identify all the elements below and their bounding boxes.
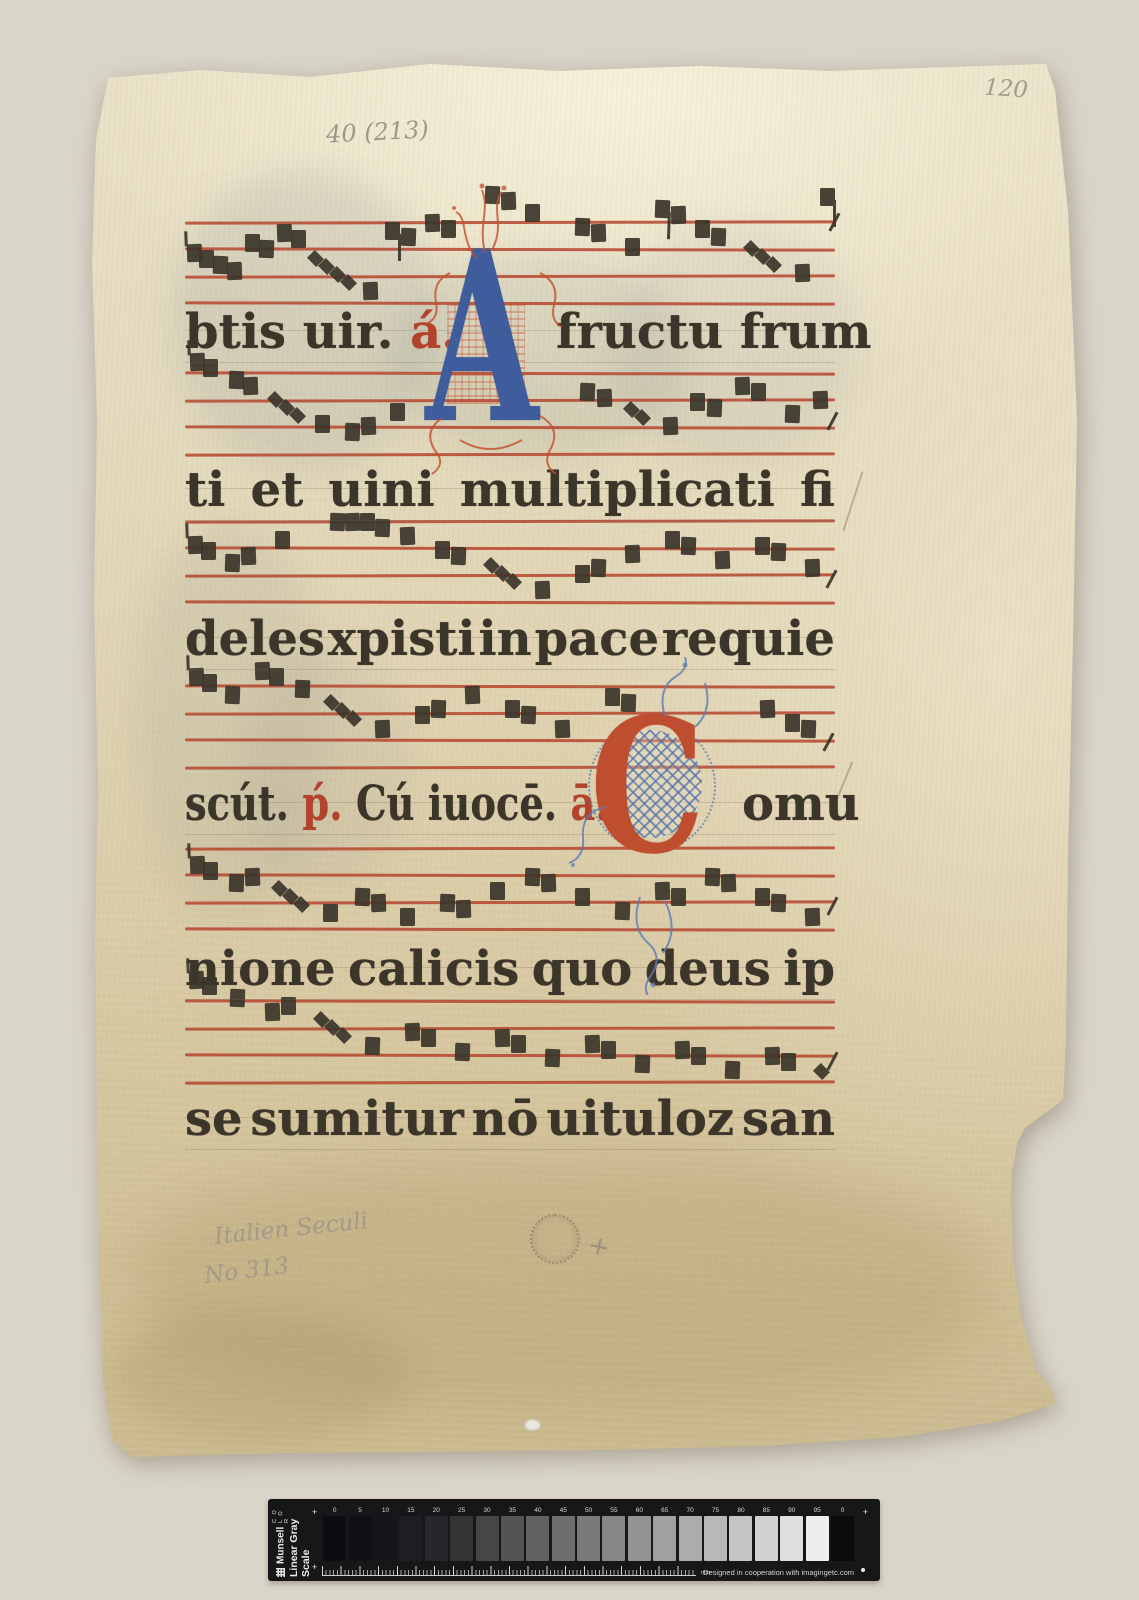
gray-patch-swatch bbox=[399, 1516, 422, 1561]
neume-note bbox=[760, 700, 776, 719]
neume-note bbox=[665, 531, 680, 549]
gray-patch-column: 70 bbox=[677, 1506, 702, 1561]
chant-text-line: omu bbox=[742, 772, 860, 836]
gray-patch-column: 10 bbox=[373, 1506, 398, 1561]
neume-note bbox=[601, 1041, 616, 1059]
neume-note bbox=[805, 908, 821, 927]
neume-note bbox=[505, 700, 520, 718]
chant-text-line: sesumiturnōuitulozsan bbox=[185, 1087, 835, 1151]
neume-note bbox=[361, 417, 377, 436]
neume-note bbox=[555, 720, 571, 739]
shelfmark-pencil-annotation: 40 (213) bbox=[325, 115, 429, 148]
gray-patch-column: 15 bbox=[398, 1506, 423, 1561]
chant-word: in bbox=[479, 607, 532, 671]
neume-note bbox=[371, 894, 387, 913]
gray-patch-label: 55 bbox=[610, 1506, 617, 1515]
neume-note bbox=[597, 389, 613, 408]
gray-patch-column: 65 bbox=[652, 1506, 677, 1561]
neume-note bbox=[615, 902, 631, 921]
chant-word: xpisti bbox=[328, 607, 476, 671]
neume-note bbox=[671, 206, 687, 225]
chant-word: deus bbox=[645, 937, 771, 1001]
neume-note bbox=[390, 403, 405, 421]
gray-patch-label: 10 bbox=[382, 1506, 389, 1515]
neume-note bbox=[705, 868, 721, 887]
neume-note bbox=[715, 551, 731, 570]
gray-patch-column: 0 bbox=[830, 1506, 855, 1561]
registration-mark: + bbox=[312, 1508, 317, 1517]
gray-patch-label: 0 bbox=[333, 1506, 337, 1515]
gray-patch-label: 60 bbox=[636, 1506, 643, 1515]
neume-note bbox=[545, 1049, 561, 1068]
gray-patch-column: 85 bbox=[754, 1506, 779, 1561]
neume-note bbox=[675, 1041, 691, 1060]
gray-patch-column: 75 bbox=[703, 1506, 728, 1561]
neume-note bbox=[735, 377, 751, 396]
gray-patch-column: 35 bbox=[500, 1506, 525, 1561]
staff-line bbox=[185, 1080, 835, 1084]
chant-word: sumitur bbox=[250, 1087, 463, 1151]
neume-note bbox=[575, 565, 590, 583]
gray-patch-column: 20 bbox=[424, 1506, 449, 1561]
chant-text-line: btis uir. á. bbox=[185, 300, 458, 364]
registration-dot bbox=[861, 1568, 865, 1572]
gray-patch-column: 0 bbox=[322, 1506, 347, 1561]
scratch-mark bbox=[842, 471, 863, 530]
neume-note bbox=[771, 894, 787, 913]
neume-note bbox=[801, 720, 817, 739]
neume-note bbox=[455, 1043, 471, 1062]
gray-patch-column: 55 bbox=[601, 1506, 626, 1561]
chant-word: san bbox=[742, 1087, 835, 1151]
chant-word: omu bbox=[742, 776, 860, 832]
neume-note bbox=[691, 1047, 706, 1065]
gray-patch-label: 50 bbox=[585, 1506, 592, 1515]
neume-note bbox=[725, 1061, 741, 1080]
gray-patch-label: 90 bbox=[788, 1506, 795, 1515]
gray-patch-label: 20 bbox=[433, 1506, 440, 1515]
neume-note bbox=[575, 218, 591, 237]
neume-note bbox=[771, 543, 787, 562]
chant-word: calicis bbox=[348, 937, 519, 1001]
gray-patch-label: 15 bbox=[407, 1506, 414, 1515]
gray-patch-column: 45 bbox=[551, 1506, 576, 1561]
gray-patch-swatch bbox=[679, 1516, 702, 1561]
neume-note bbox=[375, 720, 391, 739]
neume-note bbox=[721, 874, 737, 893]
chant-word: uini bbox=[328, 458, 434, 522]
gray-patch-label: 5 bbox=[358, 1506, 362, 1515]
neume-note bbox=[495, 1029, 511, 1048]
neume-note bbox=[203, 862, 218, 880]
gray-patch-swatch bbox=[323, 1516, 346, 1561]
neume-note bbox=[695, 220, 710, 238]
gray-patch-label: 80 bbox=[737, 1506, 744, 1515]
neume-note bbox=[663, 417, 679, 436]
neume-note bbox=[525, 868, 541, 887]
gray-patch-swatch bbox=[653, 1516, 676, 1561]
neume-note bbox=[241, 547, 257, 566]
staff-line bbox=[185, 1053, 835, 1057]
manuscript-leaf: btis uir. á.fructu frumtietuinimultiplic… bbox=[0, 0, 1139, 1600]
gray-patch-label: 70 bbox=[687, 1506, 694, 1515]
chant-text-line: fructu frum bbox=[556, 300, 871, 364]
gray-patch-swatch bbox=[755, 1516, 778, 1561]
neume-note bbox=[755, 537, 770, 555]
neume-note bbox=[511, 1035, 526, 1053]
gray-patch-swatch bbox=[729, 1516, 752, 1561]
chant-text-line: nionecalicisquodeusip bbox=[185, 937, 835, 1001]
neume-note bbox=[795, 264, 811, 283]
neume-note bbox=[440, 894, 456, 913]
gray-patch-swatch bbox=[704, 1516, 727, 1561]
neume-note bbox=[245, 868, 261, 887]
neume-note bbox=[199, 250, 214, 268]
parchment-stain bbox=[110, 1310, 410, 1440]
neume-note bbox=[535, 581, 551, 600]
chant-text-line: scút. ṕ. Cú iuocē. ā. bbox=[185, 772, 609, 836]
parchment-hole bbox=[524, 1419, 541, 1431]
neume-note bbox=[229, 874, 245, 893]
chant-text-line: delesxpistiinpacerequie bbox=[185, 607, 835, 671]
neume-note bbox=[400, 908, 415, 926]
neume-note bbox=[585, 1035, 601, 1054]
gray-patch-swatch bbox=[425, 1516, 448, 1561]
chant-word: ip bbox=[783, 937, 835, 1001]
neume-note bbox=[785, 405, 801, 424]
gray-patch-column: 90 bbox=[779, 1506, 804, 1561]
neume-note bbox=[435, 541, 450, 559]
gray-patch-swatch bbox=[526, 1516, 549, 1561]
gray-patch-column: 40 bbox=[525, 1506, 550, 1561]
neume-note bbox=[655, 200, 671, 219]
registration-mark: + bbox=[312, 1563, 317, 1572]
neume-note bbox=[202, 674, 217, 692]
illuminated-initial-A: A bbox=[420, 243, 544, 433]
neume-note bbox=[275, 531, 290, 549]
gray-patch-column: 5 bbox=[347, 1506, 372, 1561]
neume-note bbox=[456, 900, 472, 919]
gray-patch-column: 95 bbox=[804, 1506, 829, 1561]
neume-note bbox=[323, 904, 338, 922]
gray-patch-swatch bbox=[476, 1516, 499, 1561]
neume-note bbox=[227, 262, 243, 281]
neume-note bbox=[711, 228, 727, 247]
neume-note bbox=[521, 706, 537, 725]
registration-mark: + bbox=[863, 1508, 868, 1517]
chant-word: ti bbox=[185, 458, 225, 522]
munsell-logo-icon bbox=[277, 1568, 286, 1577]
neume-note bbox=[225, 686, 241, 705]
chant-word: fructu frum bbox=[556, 304, 871, 360]
gray-patch-label: 25 bbox=[458, 1506, 465, 1515]
staff-line bbox=[185, 846, 835, 850]
neume-note bbox=[813, 391, 829, 410]
neume-note bbox=[365, 1037, 381, 1056]
gray-patch-swatch bbox=[349, 1516, 372, 1561]
neume-note bbox=[591, 559, 607, 578]
neume-note bbox=[355, 888, 371, 907]
neume-note bbox=[245, 234, 260, 252]
neume-note bbox=[295, 680, 311, 699]
rubric-text: ṕ. bbox=[302, 776, 356, 832]
gray-patch-label: 35 bbox=[509, 1506, 516, 1515]
gray-patches-row: 051015202530354045505560657075808590950 bbox=[322, 1506, 855, 1561]
gray-patch-label: 0 bbox=[841, 1506, 845, 1515]
ink-stamp bbox=[530, 1214, 580, 1264]
neume-note bbox=[465, 686, 481, 705]
staff-line bbox=[185, 1026, 835, 1030]
neume-note bbox=[625, 545, 641, 564]
staff-line bbox=[185, 927, 835, 931]
neume-note bbox=[785, 714, 800, 732]
gray-patch-label: 40 bbox=[534, 1506, 541, 1515]
neume-note bbox=[259, 240, 275, 259]
neume-note bbox=[575, 888, 590, 906]
neume-note bbox=[820, 188, 835, 206]
staff-line bbox=[185, 765, 835, 769]
chant-word: pace bbox=[535, 607, 659, 671]
gray-patch-column: 60 bbox=[627, 1506, 652, 1561]
gray-patch-swatch bbox=[501, 1516, 524, 1561]
chant-word: nione bbox=[185, 937, 336, 1001]
chant-word: btis uir. bbox=[185, 304, 410, 360]
neume-note bbox=[765, 1047, 781, 1066]
chant-word: nō bbox=[472, 1087, 539, 1151]
neume-note bbox=[385, 222, 400, 240]
leaf-shadow: btis uir. á.fructu frumtietuinimultiplic… bbox=[0, 0, 1139, 1600]
chant-word: requie bbox=[662, 607, 835, 671]
neume-note bbox=[315, 415, 330, 433]
gray-patch-label: 95 bbox=[814, 1506, 821, 1515]
gray-patch-label: 65 bbox=[661, 1506, 668, 1515]
gray-patch-swatch bbox=[552, 1516, 575, 1561]
neume-note bbox=[707, 399, 723, 418]
chant-word: uituloz bbox=[546, 1087, 734, 1151]
chant-word: fi bbox=[800, 458, 835, 522]
photograph: btis uir. á.fructu frumtietuinimultiplic… bbox=[0, 0, 1139, 1600]
folio-number-pencil: 120 bbox=[983, 75, 1029, 104]
gray-patch-swatch bbox=[450, 1516, 473, 1561]
gray-patch-swatch bbox=[577, 1516, 600, 1561]
chant-word: scút. bbox=[185, 776, 302, 832]
gray-patch-column: 80 bbox=[728, 1506, 753, 1561]
neume-note bbox=[751, 383, 766, 401]
gray-patch-label: 85 bbox=[763, 1506, 770, 1515]
neume-note bbox=[415, 706, 430, 724]
gray-patch-swatch bbox=[374, 1516, 397, 1561]
neume-note bbox=[490, 882, 505, 900]
neume-note bbox=[431, 700, 447, 719]
neume-note bbox=[201, 542, 216, 560]
munsell-gray-scale-bar: Munsell C O L O R Linear Gray Scale + + … bbox=[268, 1499, 880, 1581]
neume-note bbox=[401, 228, 417, 247]
neume-note bbox=[225, 554, 241, 573]
gray-patch-swatch bbox=[831, 1516, 854, 1561]
gray-patch-column: 25 bbox=[449, 1506, 474, 1561]
neume-note bbox=[243, 377, 259, 396]
brand-name: Munsell bbox=[276, 1527, 287, 1564]
neume-note bbox=[345, 423, 361, 442]
neume-note bbox=[755, 888, 770, 906]
neume-note bbox=[541, 874, 557, 893]
neume-note bbox=[405, 1023, 421, 1042]
chant-word: et bbox=[251, 458, 304, 522]
neume-note bbox=[625, 238, 640, 256]
neume-note bbox=[805, 559, 821, 578]
chant-word: se bbox=[185, 1087, 243, 1151]
neume-note bbox=[690, 393, 705, 411]
neume-note bbox=[277, 224, 293, 243]
gray-patch-label: 45 bbox=[560, 1506, 567, 1515]
neume-note bbox=[421, 1029, 436, 1047]
mm-ruler bbox=[322, 1566, 696, 1576]
gray-patch-label: 75 bbox=[712, 1506, 719, 1515]
neume-note bbox=[291, 230, 306, 248]
gray-patch-column: 30 bbox=[474, 1506, 499, 1561]
neume-note bbox=[635, 1055, 651, 1074]
neume-note bbox=[265, 1003, 281, 1022]
gray-patch-label: 30 bbox=[483, 1506, 490, 1515]
chant-word: deles bbox=[185, 607, 325, 671]
neume-note bbox=[363, 282, 379, 301]
neume-note bbox=[580, 383, 596, 402]
bar-footer-text: Designed in cooperation with imagingetc.… bbox=[703, 1568, 854, 1577]
chant-word: Cú iuocē. bbox=[356, 776, 571, 832]
neume-note bbox=[681, 537, 697, 556]
illuminated-initial-C: C bbox=[585, 706, 710, 866]
chant-word: quo bbox=[532, 937, 632, 1001]
neume-note bbox=[591, 224, 607, 243]
neume-note bbox=[451, 547, 467, 566]
gray-patch-swatch bbox=[602, 1516, 625, 1561]
gray-scale-title: Linear Gray Scale bbox=[293, 1503, 307, 1577]
gray-patch-column: 50 bbox=[576, 1506, 601, 1561]
staff-line bbox=[185, 900, 835, 904]
neume-note bbox=[781, 1053, 796, 1071]
gray-patch-swatch bbox=[806, 1516, 829, 1561]
neume-note bbox=[400, 527, 416, 546]
gray-patch-swatch bbox=[628, 1516, 651, 1561]
gray-patch-swatch bbox=[780, 1516, 803, 1561]
